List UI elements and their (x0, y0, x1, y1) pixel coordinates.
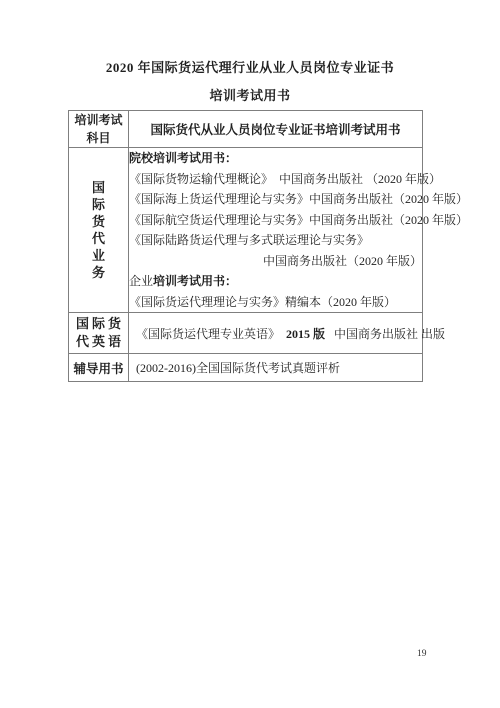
book-line: 《国际货运代理理论与实务》精编本（2020 年版） (129, 292, 422, 313)
book-line: 《国际陆路货运代理与多式联运理论与实务》 (129, 230, 422, 251)
subject-english-line2: 代英语 (76, 333, 121, 351)
english-book-line: 《国际货运代理专业英语》 2015 版 中国商务出版社 出版 (129, 325, 422, 342)
subject-cell-business: 国际货代业务 (69, 148, 129, 313)
books-cell-business: 院校培训考试用书： 《国际货物运输代理概论》 中国商务出版社 （2020 年版）… (129, 148, 423, 313)
doc-title-line2: 培训考试用书 (0, 85, 500, 104)
table-row-business: 国际货代业务 院校培训考试用书： 《国际货物运输代理概论》 中国商务出版社 （2… (69, 148, 423, 313)
subject-label-business: 国际货代业务 (91, 179, 107, 281)
book-line: 《国际航空货运代理理论与实务》中国商务出版社（2020 年版） (129, 210, 422, 231)
doc-title-line1: 2020 年国际货运代理行业从业人员岗位专业证书 (0, 0, 500, 76)
table-header-row: 培训考试 科目 国际货代从业人员岗位专业证书培训考试用书 (69, 111, 423, 148)
english-book-title: 《国际货运代理专业英语》 (136, 327, 280, 341)
table-row-english: 国际货 代英语 《国际货运代理专业英语》 2015 版 中国商务出版社 出版 (69, 313, 423, 354)
page-number: 19 (417, 649, 427, 659)
english-book-publisher: 中国商务出版社 出版 (334, 327, 445, 341)
enterprise-heading-bold: 培训考试用书： (153, 274, 237, 288)
subject-label-english: 国际货 代英语 (69, 315, 128, 351)
book-line: 《国际海上货运代理理论与实务》中国商务出版社（2020 年版） (129, 189, 422, 210)
books-cell-guide: (2002-2016)全国国际货代考试真题评析 (129, 354, 423, 382)
publisher-continuation-line: 中国商务出版社（2020 年版） (129, 251, 422, 272)
header-subject-column: 培训考试 科目 (69, 111, 129, 148)
guide-book-line: (2002-2016)全国国际货代考试真题评析 (129, 359, 422, 376)
subject-cell-english: 国际货 代英语 (69, 313, 129, 354)
enterprise-heading-prefix: 企业 (129, 274, 153, 288)
subject-english-line1: 国际货 (76, 315, 121, 333)
header-subject-line1: 培训考试 (69, 111, 128, 129)
book-line: 《国际货物运输代理概论》 中国商务出版社 （2020 年版） (129, 169, 422, 190)
document-page: 2020 年国际货运代理行业从业人员岗位专业证书 培训考试用书 培训考试 科目 … (0, 0, 500, 708)
english-book-edition: 2015 版 (286, 327, 325, 341)
enterprise-books-heading: 企业培训考试用书： (129, 271, 422, 292)
school-books-heading: 院校培训考试用书： (129, 148, 422, 169)
books-cell-english: 《国际货运代理专业英语》 2015 版 中国商务出版社 出版 (129, 313, 423, 354)
table-row-guide: 辅导用书 (2002-2016)全国国际货代考试真题评析 (69, 354, 423, 382)
header-subject-line2: 科目 (69, 129, 128, 147)
header-books-column: 国际货代从业人员岗位专业证书培训考试用书 (129, 111, 423, 148)
training-books-table: 培训考试 科目 国际货代从业人员岗位专业证书培训考试用书 国际货代业务 院校培训… (68, 110, 423, 382)
subject-cell-guide: 辅导用书 (69, 354, 129, 382)
